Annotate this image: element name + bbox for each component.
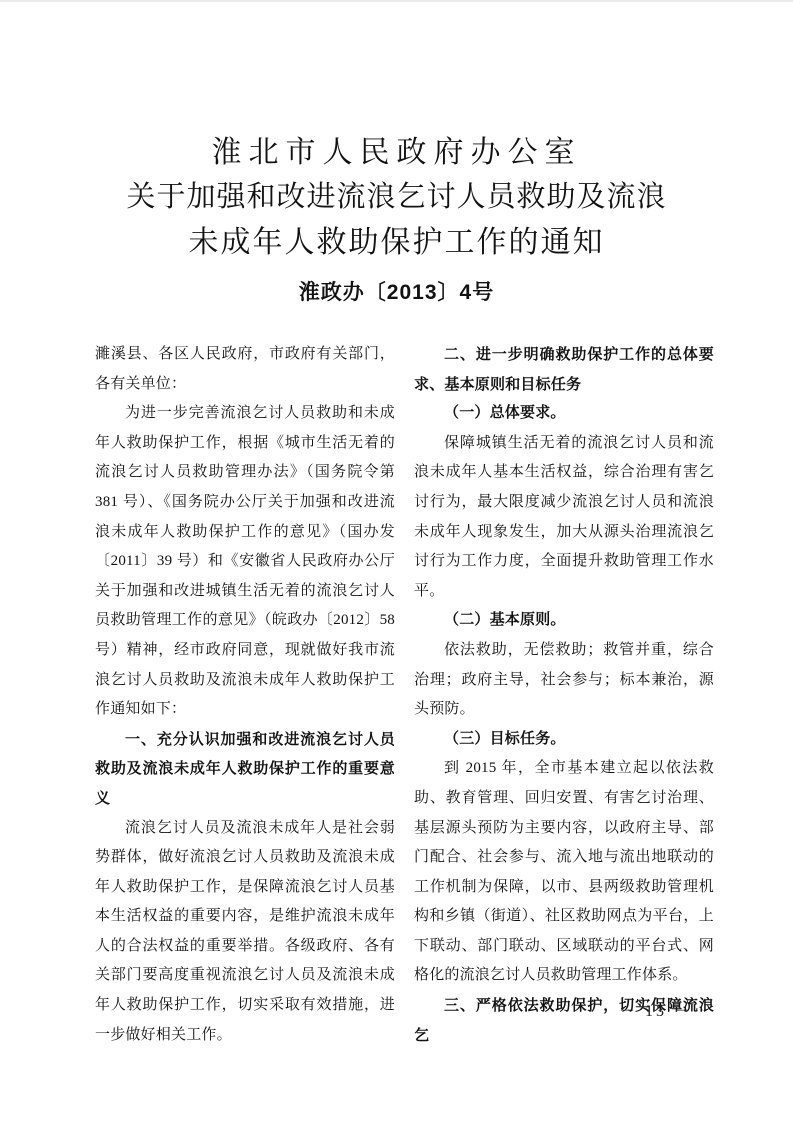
document-body: 濉溪县、各区人民政府，市政府有关部门，各有关单位：为进一步完善流浪乞讨人员救助和… (95, 340, 714, 1050)
left-column: 濉溪县、各区人民政府，市政府有关部门，各有关单位：为进一步完善流浪乞讨人员救助和… (95, 340, 395, 1050)
issuing-office-title: 淮北市人民政府办公室 (0, 130, 793, 175)
document-title-line-1: 关于加强和改进流浪乞讨人员救助及流浪 (0, 175, 793, 220)
section-heading: （二）基本原则。 (414, 606, 714, 636)
document-title-line-2: 未成年人救助保护工作的通知 (0, 220, 793, 265)
document-page: 淮北市人民政府办公室 关于加强和改进流浪乞讨人员救助及流浪 未成年人救助保护工作… (0, 0, 793, 1122)
page-number: － 13 － (619, 998, 693, 1021)
document-reference-number: 淮政办〔2013〕4号 (0, 276, 793, 306)
section-heading: 二、进一步明确救助保护工作的总体要求、基本原则和目标任务 (414, 340, 714, 399)
document-title-block: 淮北市人民政府办公室 关于加强和改进流浪乞讨人员救助及流浪 未成年人救助保护工作… (0, 130, 793, 306)
section-heading: （三）目标任务。 (414, 725, 714, 755)
paragraph: 到 2015 年，全市基本建立起以依法救助、教育管理、回归安置、有害乞讨治理、基… (414, 754, 714, 991)
section-heading: （一）总体要求。 (414, 399, 714, 429)
paragraph: 依法救助，无偿救助；救管并重，综合治理；政府主导，社会参与；标本兼治，源头预防。 (414, 636, 714, 725)
paragraph: 流浪乞讨人员及流浪未成年人是社会弱势群体，做好流浪乞讨人员救助及流浪未成年人救助… (95, 814, 395, 1051)
paragraph: 保障城镇生活无着的流浪乞讨人员和流浪未成年人基本生活权益，综合治理有害乞讨行为，… (414, 429, 714, 607)
section-heading: 一、充分认识加强和改进流浪乞讨人员救助及流浪未成年人救助保护工作的重要意义 (95, 725, 395, 814)
right-column: 二、进一步明确救助保护工作的总体要求、基本原则和目标任务（一）总体要求。保障城镇… (414, 340, 714, 1050)
paragraph: 濉溪县、各区人民政府，市政府有关部门，各有关单位： (95, 340, 395, 399)
paragraph: 为进一步完善流浪乞讨人员救助和未成年人救助保护工作，根据《城市生活无着的流浪乞讨… (95, 399, 395, 725)
